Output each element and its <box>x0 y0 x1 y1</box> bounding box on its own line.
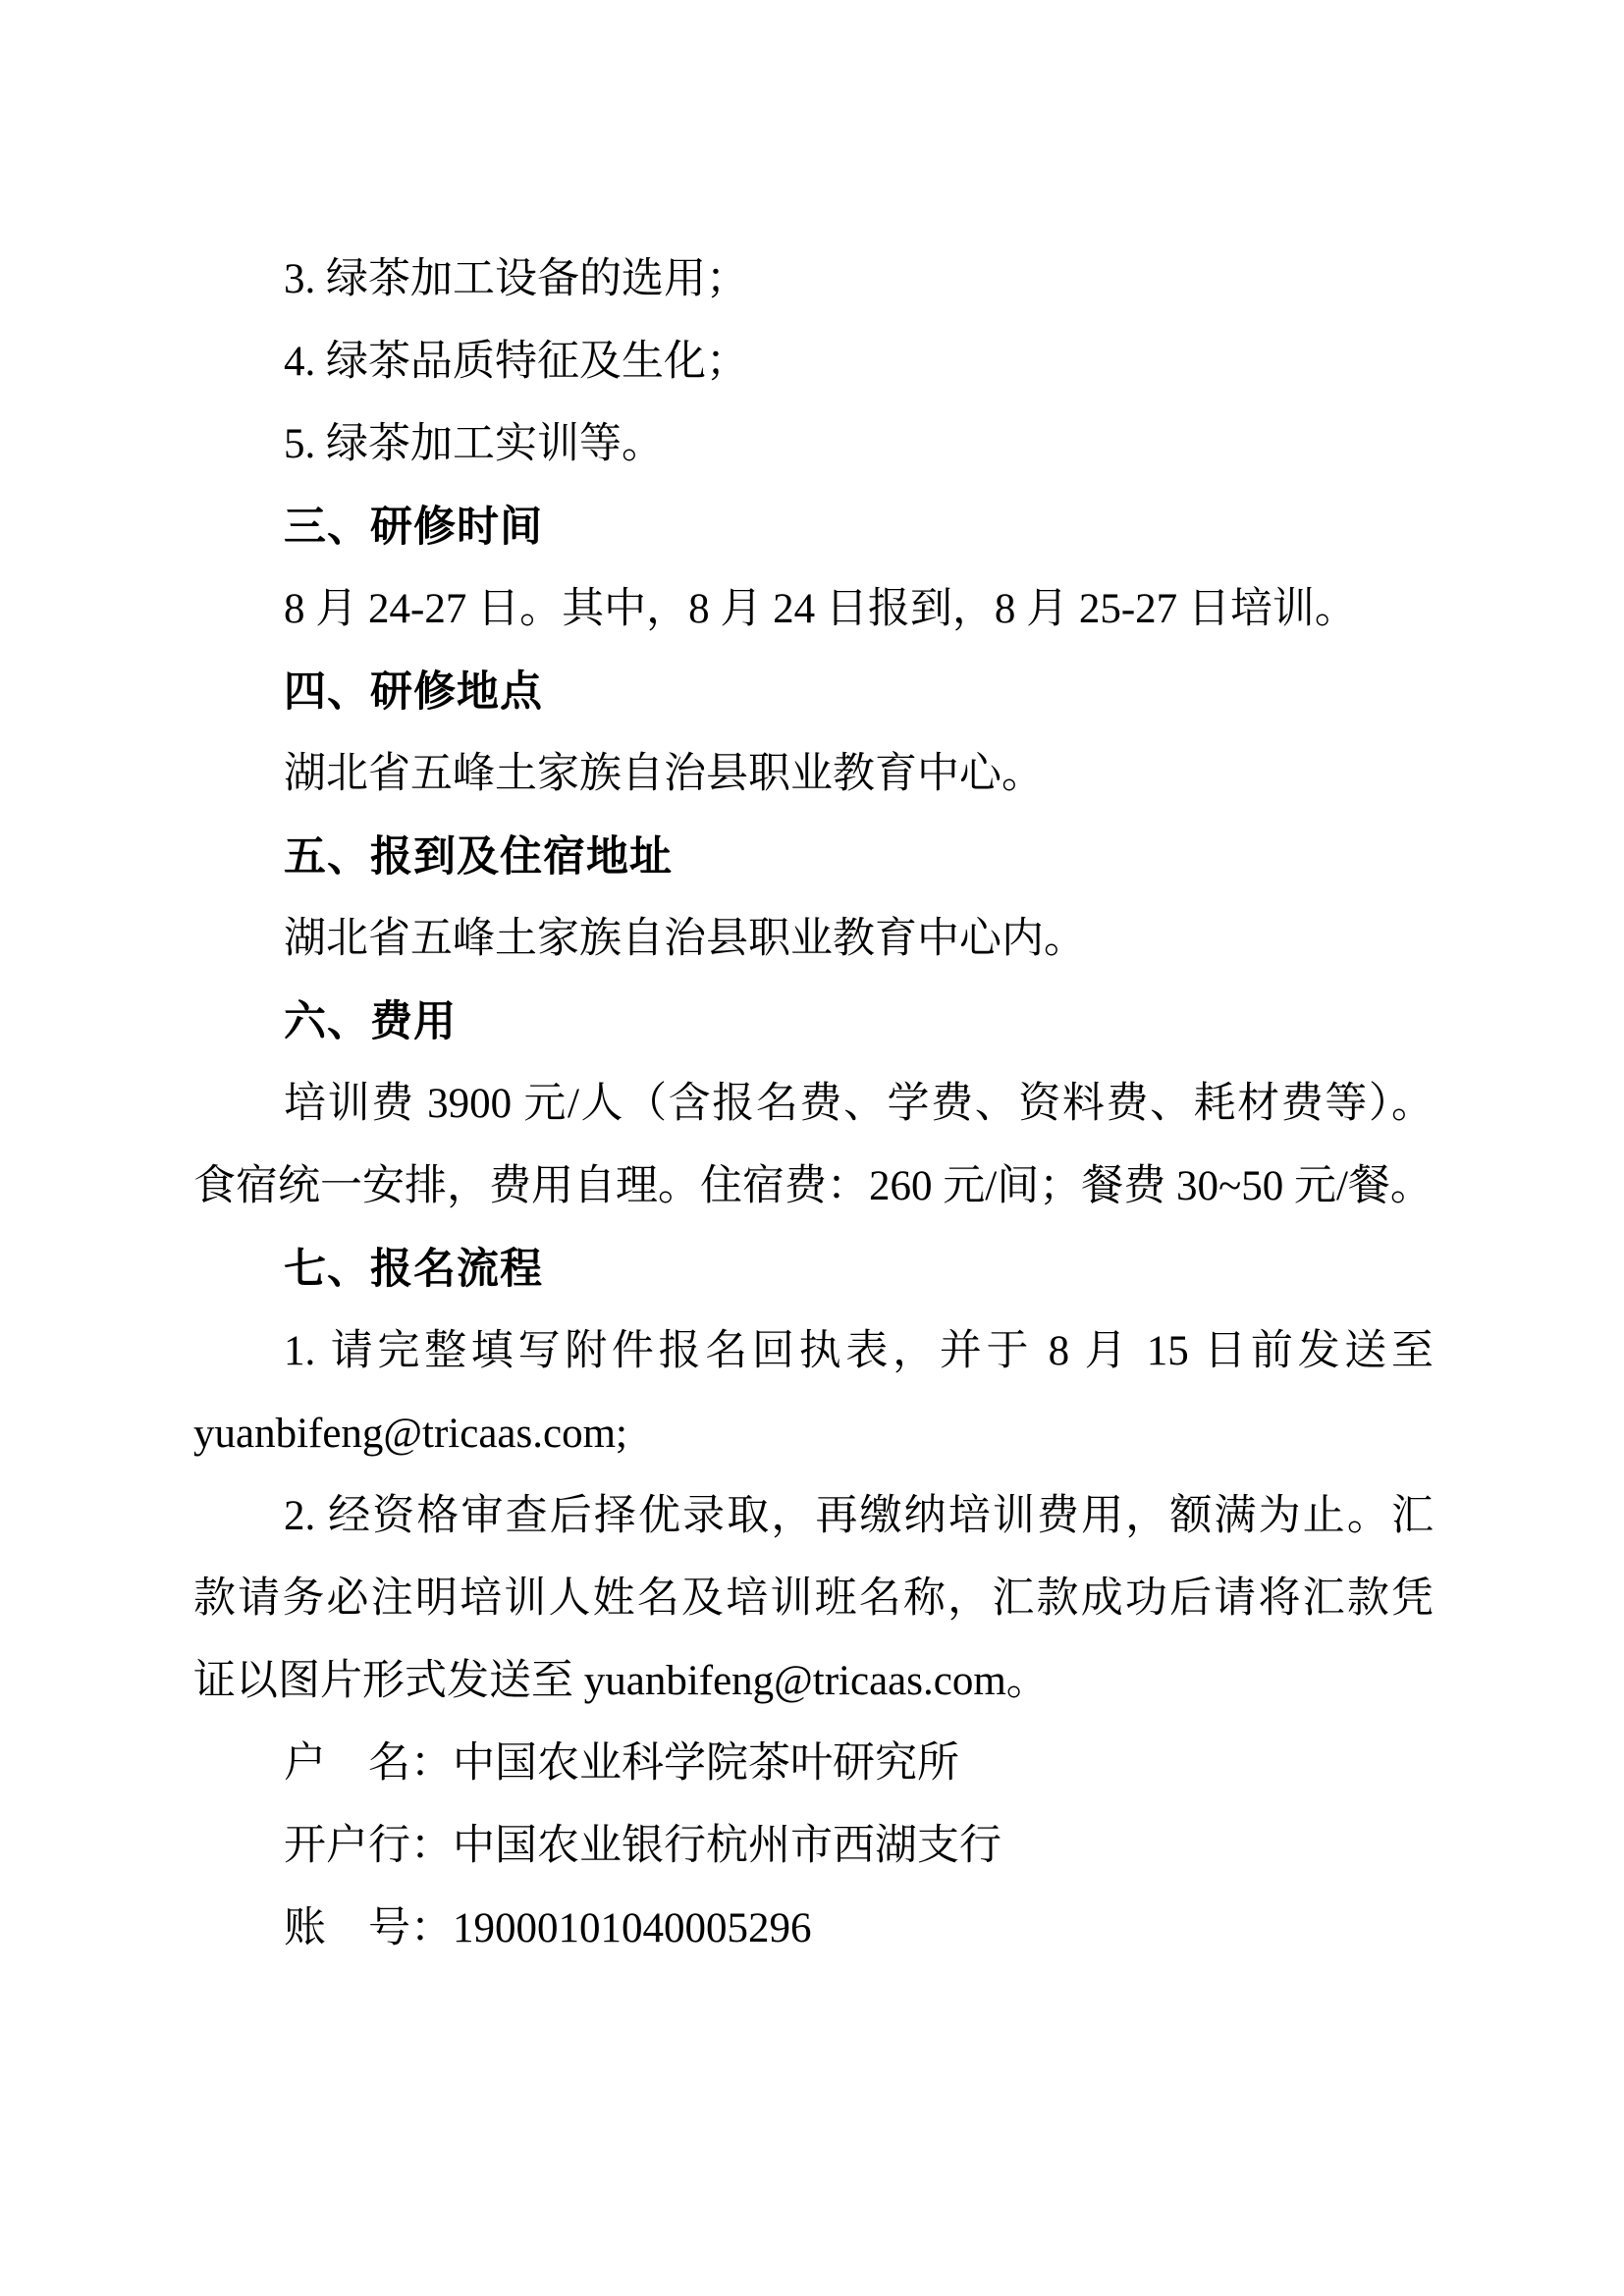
document-line: 培训费 3900 元/人（含报名费、学费、资料费、耗材费等）。 <box>193 1063 1434 1146</box>
document-line: 户 名：中国农业科学院茶叶研究所 <box>193 1723 1434 1805</box>
document-line: 账 号：19000101040005296 <box>193 1888 1434 1970</box>
section-heading: 五、报到及住宿地址 <box>193 816 1434 898</box>
document-line: 款请务必注明培训人姓名及培训班名称，汇款成功后请将汇款凭 <box>193 1558 1434 1640</box>
document-line: 食宿统一安排，费用自理。住宿费：260 元/间；餐费 30~50 元/餐。 <box>193 1146 1434 1228</box>
document-page: 3. 绿茶加工设备的选用；4. 绿茶品质特征及生化；5. 绿茶加工实训等。三、研… <box>0 0 1624 2296</box>
document-line: 2. 经资格审查后择优录取，再缴纳培训费用，额满为止。汇 <box>193 1475 1434 1558</box>
document-line: 湖北省五峰土家族自治县职业教育中心。 <box>193 733 1434 816</box>
document-line: 5. 绿茶加工实训等。 <box>193 403 1434 486</box>
section-heading: 七、报名流程 <box>193 1228 1434 1310</box>
document-line: 1. 请完整填写附件报名回执表，并于 8 月 15 日前发送至 <box>193 1310 1434 1393</box>
document-line: 开户行：中国农业银行杭州市西湖支行 <box>193 1805 1434 1888</box>
document-line: 8 月 24-27 日。其中，8 月 24 日报到，8 月 25-27 日培训。 <box>193 568 1434 651</box>
document-line: 湖北省五峰土家族自治县职业教育中心内。 <box>193 898 1434 981</box>
document-line: 证以图片形式发送至 yuanbifeng@tricaas.com。 <box>193 1640 1434 1723</box>
section-heading: 六、费用 <box>193 981 1434 1063</box>
section-heading: 三、研修时间 <box>193 486 1434 568</box>
section-heading: 四、研修地点 <box>193 651 1434 733</box>
document-line: yuanbifeng@tricaas.com; <box>193 1393 1434 1475</box>
document-content: 3. 绿茶加工设备的选用；4. 绿茶品质特征及生化；5. 绿茶加工实训等。三、研… <box>193 239 1434 1970</box>
document-line: 4. 绿茶品质特征及生化； <box>193 321 1434 403</box>
document-line: 3. 绿茶加工设备的选用； <box>193 239 1434 321</box>
